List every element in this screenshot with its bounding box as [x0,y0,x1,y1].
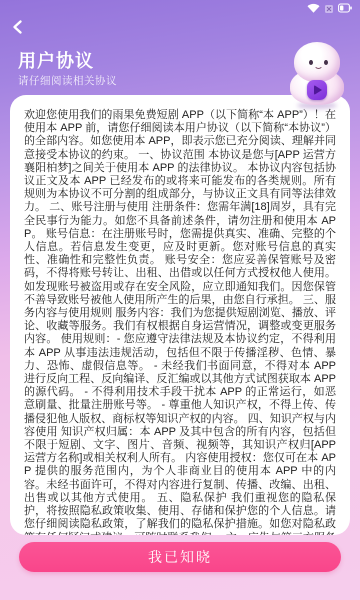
back-button[interactable] [9,18,27,36]
page-subtitle: 请仔细阅读相关协议 [18,73,117,88]
agreement-card[interactable]: 欢迎您使用我们的雨果免费短剧 APP（以下简称“本 APP”）！在使用本 APP… [10,95,350,535]
cellular-icon [324,3,334,13]
mascot-character [287,42,347,110]
wifi-icon [307,3,320,13]
page-title: 用户协议 [18,47,94,73]
user-agreement-screen: 用户协议 请仔细阅读相关协议 欢迎您使用我们的雨果免费短剧 APP（以下简称“本… [0,0,360,600]
agreement-text: 欢迎您使用我们的雨果免费短剧 APP（以下简称“本 APP”）！在使用本 APP… [24,109,336,535]
mascot-head [294,42,340,82]
confirm-button[interactable]: 我已知晓 [19,542,341,572]
status-bar [307,2,352,14]
chevron-left-icon [9,18,27,36]
mascot-eye [309,60,313,65]
battery-icon [338,3,352,13]
play-icon [307,80,327,100]
mascot-eye [324,60,328,65]
